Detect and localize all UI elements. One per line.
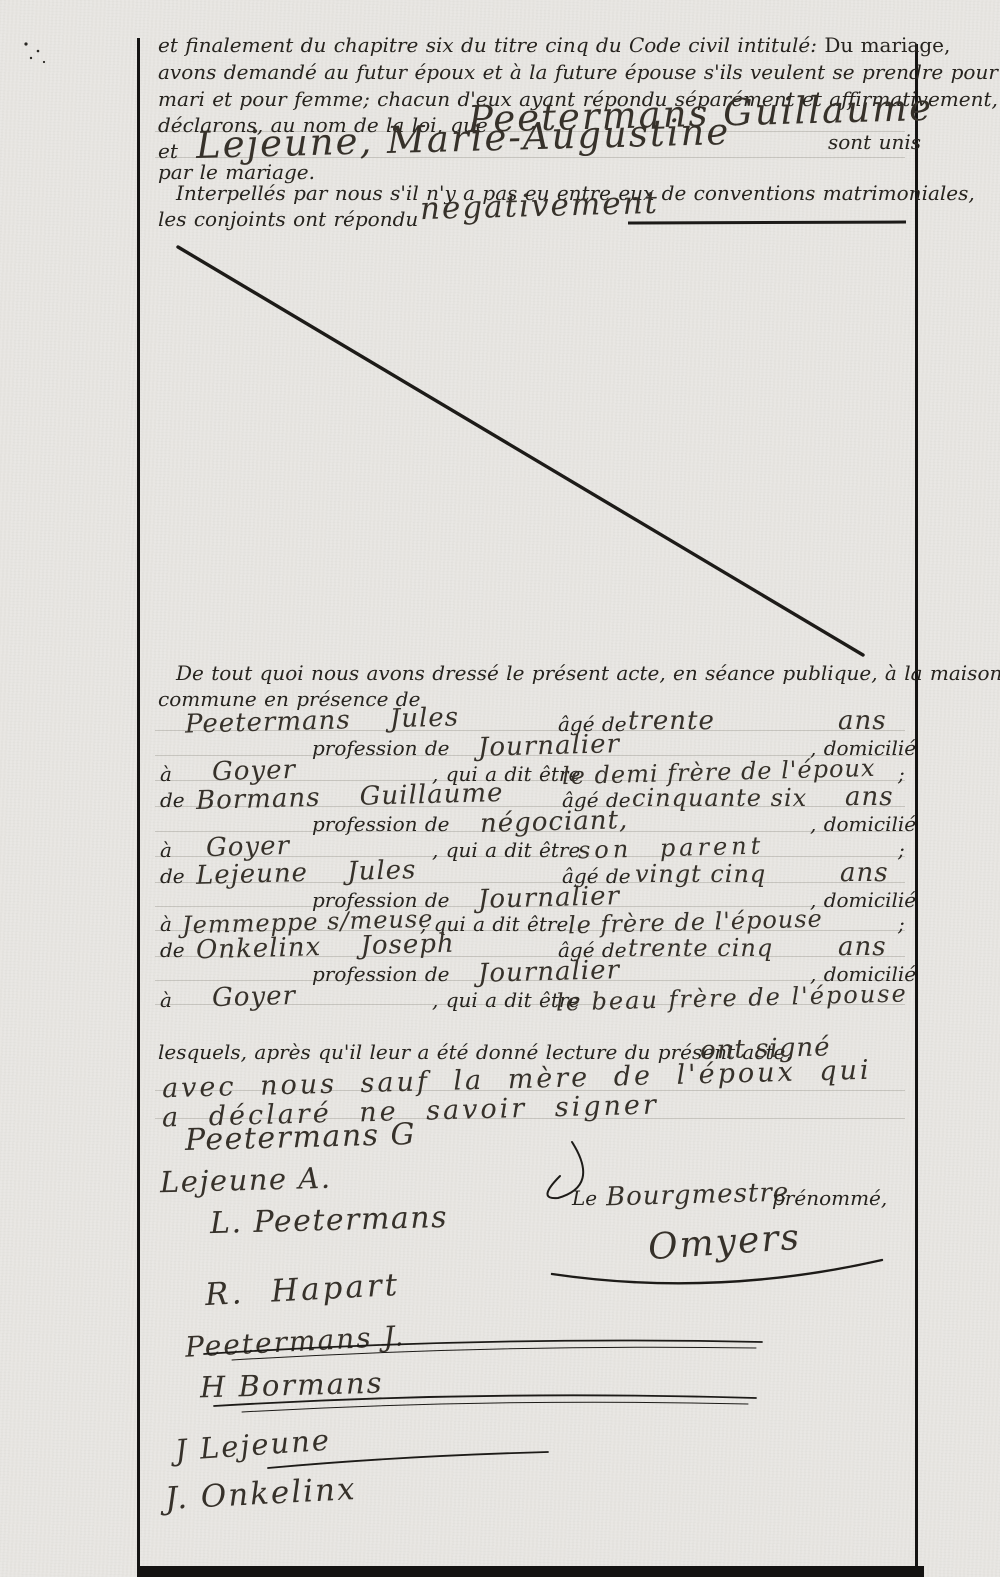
a-label: à: [160, 988, 172, 1012]
signature-j-onkelinx: J. Onkelinx: [164, 1471, 357, 1517]
a-label: à: [160, 912, 172, 936]
officiant-le: Le: [572, 1186, 597, 1210]
conventions-line2: les conjoints ont répondu: [158, 207, 418, 231]
de-label: de: [160, 938, 185, 962]
diagonal-cancellation-line: [178, 247, 863, 655]
bormans-lower-stroke2: [242, 1402, 748, 1412]
bottom-scan-bar: [137, 1566, 924, 1577]
witness-4-name: Onkelinx Joseph: [196, 929, 455, 966]
officiant-prenomme: prénommé,: [772, 1186, 887, 1210]
witness-3-name: Lejeune Jules: [196, 855, 417, 891]
de-label: de: [160, 788, 185, 812]
right-border-rule: [915, 44, 918, 1577]
domicilie-label: , domicilié: [810, 888, 916, 912]
witness-1-name: Peetermans Jules: [185, 702, 460, 739]
witness-4-profession: Journalier: [478, 955, 621, 989]
witness-1-age: trente: [628, 706, 715, 736]
semicolon: ;: [898, 912, 905, 936]
scan-speckle: [24, 42, 27, 45]
marriage-line1-italic: et finalement du chapitre six du titre c…: [158, 33, 824, 57]
signature-j-lejeune: J Lejeune: [174, 1423, 332, 1468]
scan-speckle: [37, 50, 40, 53]
witness-3-age: vingt cinq: [635, 860, 766, 888]
conventions-answer-handwritten: negativement: [420, 185, 660, 227]
sont-unis-label: sont unis: [828, 130, 921, 154]
officiant-signature: Omyers: [647, 1217, 802, 1269]
witness-1-ans: ans: [838, 706, 887, 736]
witness-2-ans: ans: [845, 782, 894, 812]
scan-speckle: [30, 57, 32, 59]
witness-1-domicile: Goyer: [212, 755, 297, 787]
signature-lejeune-a: Lejeune A.: [160, 1161, 332, 1199]
left-border-rule: [137, 38, 140, 1577]
signature-h-bormans: H Bormans: [200, 1366, 384, 1405]
signature-r-hapart: R. Hapart: [204, 1267, 401, 1313]
answer-fill-rule: [628, 221, 906, 225]
scan-speckle: [43, 61, 45, 63]
marriage-line1-roman: Du mariage,: [824, 33, 950, 57]
marriage-line2: avons demandé au futur époux et à la fut…: [158, 60, 998, 84]
signature-l-peetermans: L. Peetermans: [210, 1200, 449, 1241]
witness-1-profession: Journalier: [478, 729, 621, 763]
witness-2-profession: négociant,: [480, 805, 629, 839]
witness-4-ans: ans: [838, 932, 887, 962]
profession-label: profession de: [312, 736, 449, 760]
signature-peetermans-j: Peetermans J.: [184, 1319, 406, 1363]
de-label: de: [160, 864, 185, 888]
witness-2-age: cinquante six: [632, 784, 807, 812]
witness-4-age: trente cinq: [628, 934, 773, 962]
document-page: et finalement du chapitre six du titre c…: [0, 0, 1000, 1577]
semicolon: ;: [898, 838, 905, 862]
domicilie-label: , domicilié: [810, 812, 916, 836]
semicolon: ;: [898, 762, 905, 786]
signature-peetermans-g: Peetermans G: [185, 1117, 417, 1158]
profession-label: profession de: [312, 962, 449, 986]
a-label: à: [160, 838, 172, 862]
witness-3-ans: ans: [840, 858, 889, 888]
intro-line1: De tout quoi nous avons dressé le présen…: [176, 661, 1000, 685]
marriage-line1: et finalement du chapitre six du titre c…: [158, 33, 950, 57]
profession-label: profession de: [312, 812, 449, 836]
officiant-title-handwritten: Bourgmestre: [606, 1178, 790, 1213]
a-label: à: [160, 762, 172, 786]
dit-etre-label: , qui a dit être: [432, 838, 580, 862]
witness-4-domicile: Goyer: [212, 981, 297, 1013]
